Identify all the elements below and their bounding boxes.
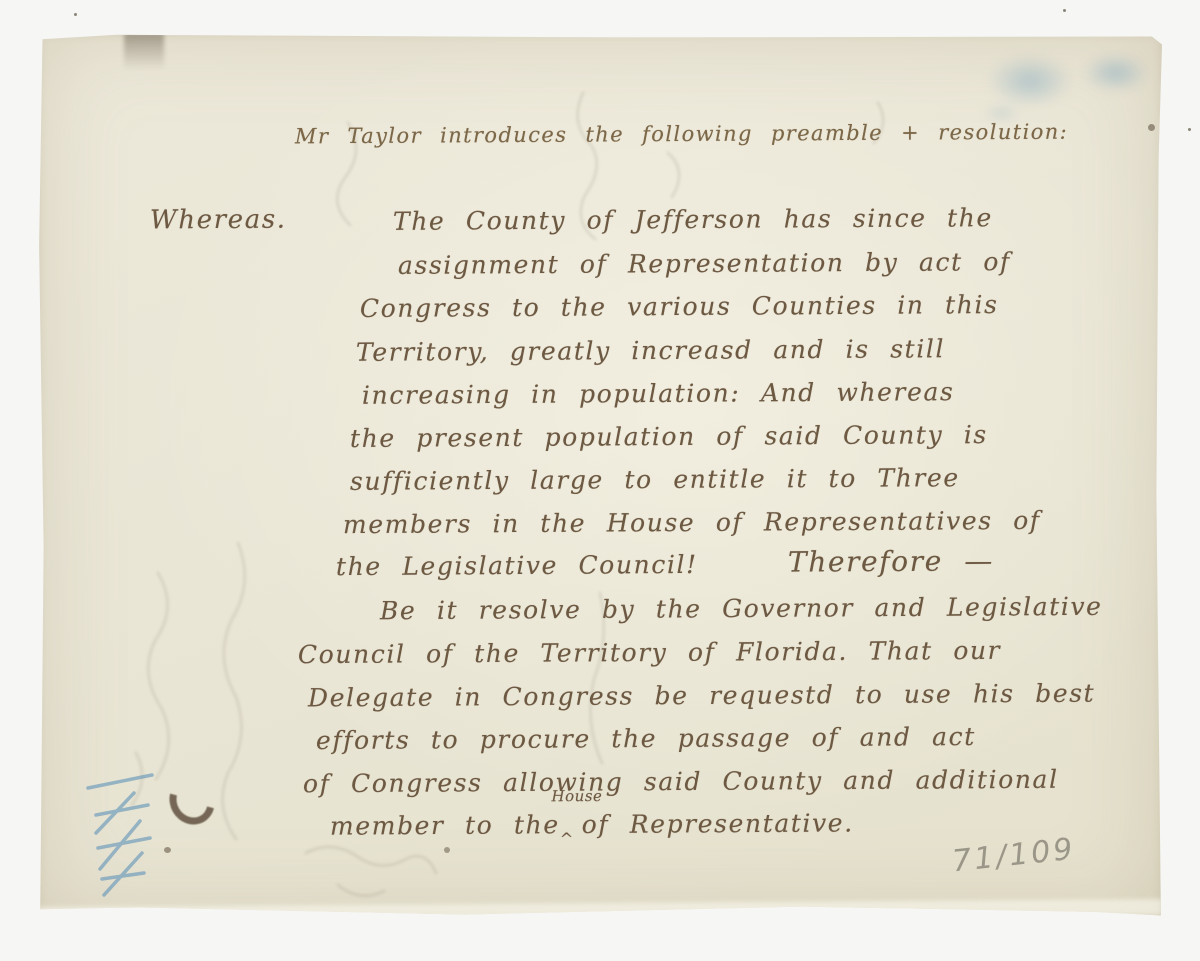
handwritten-line: Delegate in Congress be requestd to use … <box>308 679 1095 713</box>
whereas-label: Whereas. <box>150 205 287 236</box>
ink-speck <box>444 847 450 853</box>
final-line-before: member to the <box>330 810 560 840</box>
ink-speck <box>164 847 171 853</box>
handwritten-line: of Congress allowing said County and add… <box>303 765 1059 799</box>
handwritten-line: The County of Jefferson has since the <box>393 203 993 236</box>
handwritten-line: Congress to the various Counties in this <box>360 290 999 323</box>
background-speck <box>1063 9 1066 12</box>
background-speck <box>1188 128 1191 131</box>
handwritten-line: increasing in population: And whereas <box>362 377 955 410</box>
handwritten-line: the Legislative Council! <box>336 550 698 581</box>
therefore-word: Therefore — <box>788 544 994 578</box>
manuscript-paper-sheet: Mr Taylor introduces the following pream… <box>38 33 1162 919</box>
handwritten-line: assignment of Representation by act of <box>398 247 1011 280</box>
caret-mark: ^ <box>560 829 575 848</box>
final-handwritten-line: member to theHouse^of Representative. <box>330 808 854 840</box>
handwritten-line: sufficiently large to entitle it to Thre… <box>350 463 960 496</box>
background-speck <box>74 13 77 16</box>
handwritten-line: members in the House of Representatives … <box>343 506 1041 539</box>
handwritten-line: Council of the Territory of Florida. Tha… <box>298 636 1001 669</box>
ink-speck <box>1148 124 1155 131</box>
handwritten-line: Territory, greatly increasd and is still <box>356 334 945 367</box>
ink-blot <box>161 769 223 833</box>
final-line-after: of Representative. <box>582 808 854 839</box>
inserted-word: House <box>551 787 602 805</box>
top-edge-dirt-smudge <box>124 33 164 79</box>
scanned-document-page: { "document": { "header_line": "Mr Taylo… <box>0 0 1200 961</box>
blue-pigment-smudge <box>973 45 1163 125</box>
handwritten-line: efforts to procure the passage of and ac… <box>316 722 976 755</box>
handwritten-line: Be it resolve by the Governor and Legisl… <box>380 592 1103 625</box>
introduction-line: Mr Taylor introduces the following pream… <box>295 120 1068 149</box>
handwritten-line: the present population of said County is <box>350 420 988 453</box>
archival-page-number: 71/109 <box>951 832 1078 880</box>
